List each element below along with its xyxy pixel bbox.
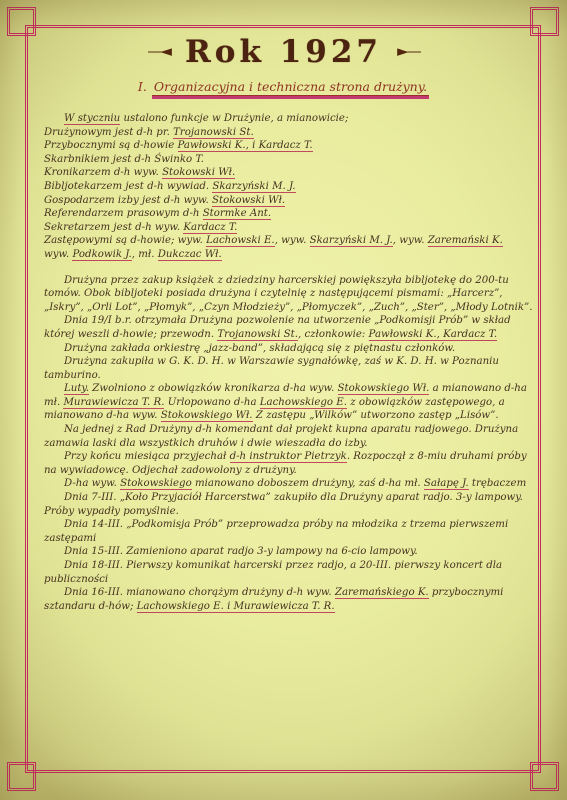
text-run: Dnia 7-III. „Koło Przyjaciół Harcerstwa”… xyxy=(44,492,523,517)
underlined-name: Lachowski E. xyxy=(206,235,275,247)
underlined-name: Trojanowski St. xyxy=(173,127,254,139)
handwritten-body: W styczniu ustalono funkcje w Drużynie, … xyxy=(44,112,537,613)
underlined-name: d-h instruktor Pietrzyk xyxy=(230,451,347,463)
chronicle-paragraph: Dnia 15-III. Zamieniono aparat radjo 3-y… xyxy=(44,545,537,559)
flourish-right-icon: ►— xyxy=(397,42,420,60)
underlined-name: W styczniu xyxy=(64,113,120,125)
text-run: Dnia 14-III. „Podkomisja Prób” przeprowa… xyxy=(44,519,508,544)
chronicle-paragraph: Drużyna zakłada orkiestrę „jazz-band”, s… xyxy=(44,342,537,356)
text-run: trębaczem xyxy=(469,478,527,489)
border-corner-ornament-top-left xyxy=(7,7,36,36)
text-run: Skarbnikiem jest d-h Świnko T. xyxy=(44,154,204,165)
roster-line: Zastępowymi są d-howie; wyw. Lachowski E… xyxy=(44,234,537,248)
page-title-text: Rok 1927 xyxy=(175,34,392,70)
text-run: Drużyna zakupiła w G. K. D. H. w Warszaw… xyxy=(44,356,499,381)
underlined-name: Kardacz T. xyxy=(183,222,237,234)
flourish-left-icon: —◄ xyxy=(147,42,170,60)
chronicle-paragraph: Na jednej z Rad Drużyny d-h komendant da… xyxy=(44,423,537,450)
chronicle-paragraph: Dnia 16-III. mianowano chorążym drużyny … xyxy=(44,586,537,613)
text-run: ustalono funkcje w Drużynie, a mianowici… xyxy=(120,113,348,124)
border-corner-ornament-top-right xyxy=(530,7,559,36)
text-run: Dnia 16-III. mianowano chorążym drużyny … xyxy=(64,587,335,598)
underlined-name: Stokowskiego xyxy=(120,478,192,490)
underlined-name: Lachowskiego E. i Murawiewicza T. R. xyxy=(137,601,335,613)
chronicle-paragraph: Przy końcu miesiąca przyjechał d-h instr… xyxy=(44,450,537,477)
underlined-name: Podkowik J. xyxy=(72,249,131,261)
roster-line: Przybocznymi są d-howie Pawłowski K., i … xyxy=(44,139,537,153)
text-run: Drużyna przez zakup książek z dziedziny … xyxy=(44,275,532,313)
text-run: Dnia 15-III. Zamieniono aparat radjo 3-y… xyxy=(64,546,418,557)
text-run: Drużyna zakłada orkiestrę „jazz-band”, s… xyxy=(64,343,455,354)
roster-line: Sekretarzem jest d-h wyw. Kardacz T. xyxy=(44,221,537,235)
text-run: Dnia 18-III. Pierwszy komunikat harcersk… xyxy=(44,560,502,585)
chronicle-paragraph: Dnia 18-III. Pierwszy komunikat harcersk… xyxy=(44,559,537,586)
text-run: Kronikarzem d-h wyw. xyxy=(44,167,162,178)
underlined-name: Skarzyński M. J. xyxy=(310,235,393,247)
roster-line: Drużynowym jest d-h pr. Trojanowski St. xyxy=(44,126,537,140)
text-run: Przy końcu miesiąca przyjechał xyxy=(64,451,230,462)
text-run: , członkowie: xyxy=(298,329,369,340)
section-numeral: I. xyxy=(138,79,147,94)
chronicle-paragraph: Dnia 7-III. „Koło Przyjaciół Harcerstwa”… xyxy=(44,491,537,518)
section-heading-text: Organizacyjna i techniczna strona drużyn… xyxy=(152,79,429,96)
underlined-name: Trojanowski St. xyxy=(217,329,298,341)
text-run: Z zastępu „Wilków” utworzono zastęp „Lis… xyxy=(253,410,499,421)
chronicle-paragraph: D-ha wyw. Stokowskiego mianowano dobosze… xyxy=(44,477,537,491)
underlined-name: Murawiewicza T. R. xyxy=(63,397,164,409)
text-run: Bibljotekarzem jest d-h wywiad. xyxy=(44,181,212,192)
border-corner-ornament-bottom-right xyxy=(530,762,559,791)
roster-line: Skarbnikiem jest d-h Świnko T. xyxy=(44,153,537,167)
album-page: —◄ Rok 1927 ►— I.Organizacyjna i technic… xyxy=(0,0,567,800)
text-run: , wyw. xyxy=(393,235,428,246)
text-run: wyw. xyxy=(44,249,72,260)
text-run: D-ha wyw. xyxy=(64,478,120,489)
roster-line: Bibljotekarzem jest d-h wywiad. Skarzyńs… xyxy=(44,180,537,194)
roster-line: Kronikarzem d-h wyw. Stokowski Wł. xyxy=(44,166,537,180)
chronicle-paragraph: Luty. Zwolniono z obowiązków kronikarza … xyxy=(44,382,537,423)
border-corner-ornament-bottom-left xyxy=(7,762,36,791)
underlined-name: Pawłowski K., Kardacz T. xyxy=(369,329,498,341)
text-run: mianowano doboszem drużyny, zaś d-ha mł. xyxy=(192,478,424,489)
underlined-name: Skarzyński M. J. xyxy=(212,181,295,193)
underlined-name: Luty. xyxy=(64,383,89,395)
underlined-name: Zaremański K. xyxy=(428,235,503,247)
underlined-name: Stokowski Wł. xyxy=(212,195,285,207)
text-run: Drużynowym jest d-h pr. xyxy=(44,127,173,138)
page-title: —◄ Rok 1927 ►— xyxy=(0,34,567,70)
text-run: Referendarzem prasowym d-h xyxy=(44,208,203,219)
underlined-name: Zaremańskiego K. xyxy=(335,587,429,599)
section-heading: I.Organizacyjna i techniczna strona druż… xyxy=(0,79,567,94)
roster-line: Referendarzem prasowym d-h Stormke Ant. xyxy=(44,207,537,221)
chronicle-paragraph: Drużyna przez zakup książek z dziedziny … xyxy=(44,274,537,315)
chronicle-paragraph: Drużyna zakupiła w G. K. D. H. w Warszaw… xyxy=(44,355,537,382)
underlined-name: Dukczac Wł. xyxy=(158,249,222,261)
text-run: , wyw. xyxy=(275,235,310,246)
roster-line: wyw. Podkowik J., mł. Dukczac Wł. xyxy=(44,248,537,262)
roster-line: Gospodarzem izby jest d-h wyw. Stokowski… xyxy=(44,194,537,208)
text-run: , mł. xyxy=(132,249,158,260)
text-run: Przybocznymi są d-howie xyxy=(44,140,178,151)
text-run: Sekretarzem jest d-h wyw. xyxy=(44,222,183,233)
underlined-name: Stokowskiego Wł. xyxy=(161,410,253,422)
chronicle-paragraph: Dnia 19/I b.r. otrzymała Drużyna pozwole… xyxy=(44,314,537,341)
underlined-name: Stormke Ant. xyxy=(203,208,271,220)
text-run: Urlopowano d-ha xyxy=(164,397,259,408)
underlined-name: Stokowskiego Wł. xyxy=(338,383,430,395)
chronicle-paragraphs: Drużyna przez zakup książek z dziedziny … xyxy=(44,274,537,614)
underlined-name: Stokowski Wł. xyxy=(162,167,235,179)
chronicle-paragraph: Dnia 14-III. „Podkomisja Prób” przeprowa… xyxy=(44,518,537,545)
text-run: Na jednej z Rad Drużyny d-h komendant da… xyxy=(44,424,518,449)
underlined-name: Pawłowski K., i Kardacz T. xyxy=(178,140,313,152)
underlined-name: Sałapę J. xyxy=(424,478,469,490)
roster-line: W styczniu ustalono funkcje w Drużynie, … xyxy=(44,112,537,126)
roster-list: W styczniu ustalono funkcje w Drużynie, … xyxy=(44,112,537,262)
text-run: Gospodarzem izby jest d-h wyw. xyxy=(44,195,212,206)
text-run: Zastępowymi są d-howie; wyw. xyxy=(44,235,206,246)
text-run: Zwolniono z obowiązków kronikarza d-ha w… xyxy=(89,383,337,394)
underlined-name: Lachowskiego E. xyxy=(260,397,347,409)
